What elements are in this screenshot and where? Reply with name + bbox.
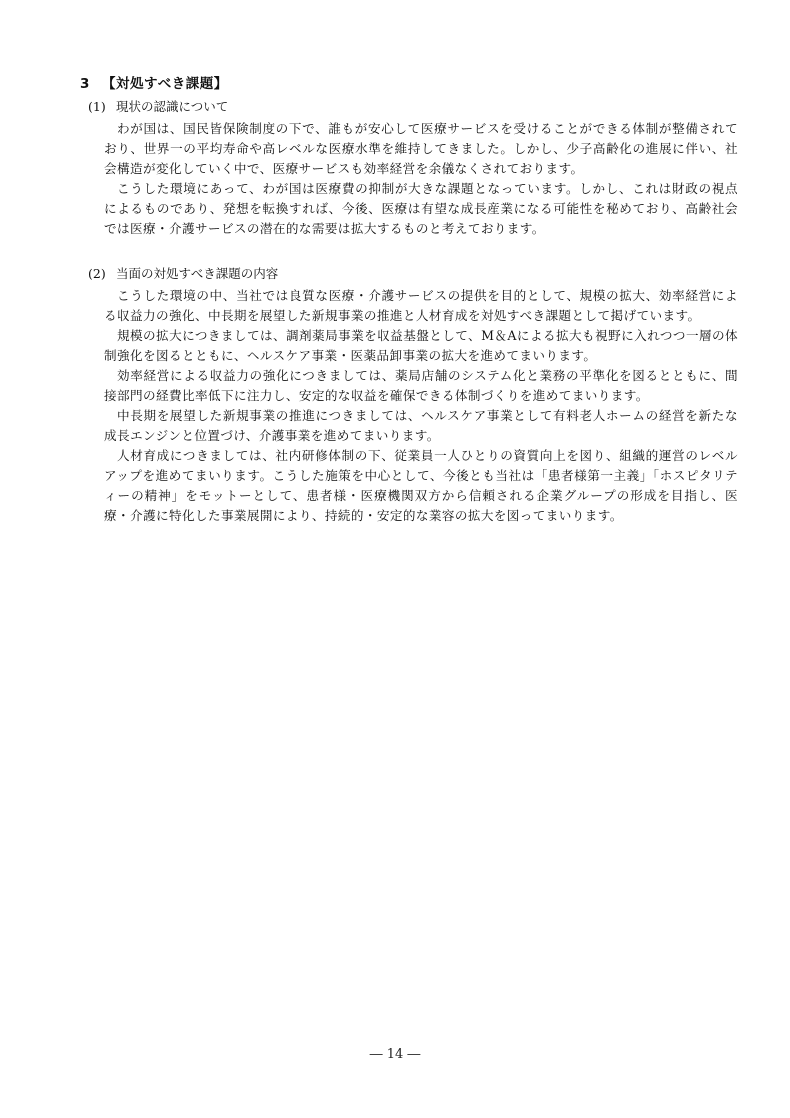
paragraph: 効率経営による収益力の強化につきましては、薬局店舗のシステム化と業務の平準化を図… [104,366,738,406]
section-number: 3 [80,76,102,92]
paragraph: わが国は、国民皆保険制度の下で、誰もが安心して医療サービスを受けることができる体… [104,119,738,179]
subsection-heading-1: (1)現状の認識について [88,97,228,117]
paragraph: こうした環境の中、当社では良質な医療・介護サービスの提供を目的として、規模の拡大… [104,286,738,326]
document-page: 3【対処すべき課題】 (1)現状の認識について わが国は、国民皆保険制度の下で、… [0,0,790,1118]
subsection-body-2: こうした環境の中、当社では良質な医療・介護サービスの提供を目的として、規模の拡大… [104,286,738,526]
subsection-heading-2: (2)当面の対処すべき課題の内容 [88,264,278,284]
subsection-index: (2) [88,264,116,284]
section-heading: 3【対処すべき課題】 [80,72,228,92]
subsection-title: 現状の認識について [116,99,228,114]
page-number: ― 14 ― [0,1047,790,1062]
subsection-index: (1) [88,97,116,117]
paragraph: こうした環境にあって、わが国は医療費の抑制が大きな課題となっています。しかし、こ… [104,179,738,239]
subsection-body-1: わが国は、国民皆保険制度の下で、誰もが安心して医療サービスを受けることができる体… [104,119,738,239]
subsection-title: 当面の対処すべき課題の内容 [116,266,278,281]
paragraph: 規模の拡大につきましては、調剤薬局事業を収益基盤として、M＆Aによる拡大も視野に… [104,326,738,366]
paragraph: 中長期を展望した新規事業の推進につきましては、ヘルスケア事業として有料老人ホーム… [104,406,738,446]
section-title: 【対処すべき課題】 [102,76,228,92]
paragraph: 人材育成につきましては、社内研修体制の下、従業員一人ひとりの資質向上を図り、組織… [104,446,738,526]
